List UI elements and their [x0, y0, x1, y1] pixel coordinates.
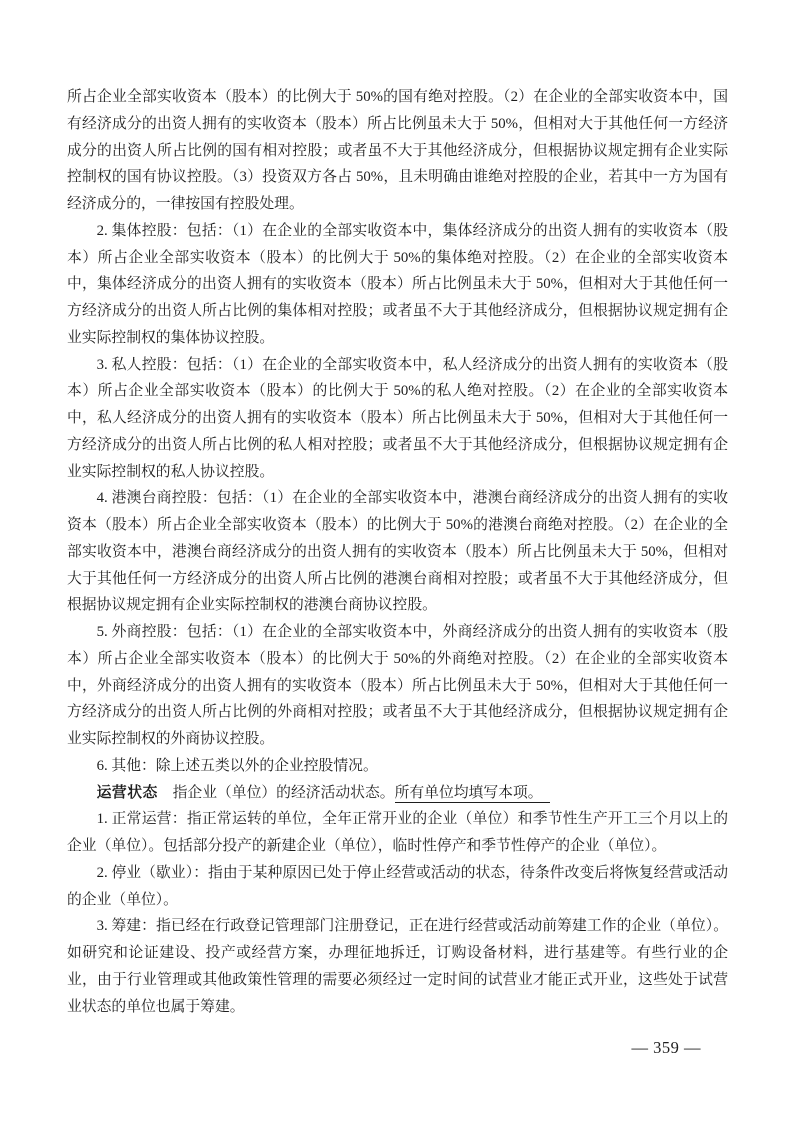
document-page: 所占企业全部实收资本（股本）的比例大于 50%的国有绝对控股。（2）在企业的全部… [0, 0, 793, 1122]
paragraph-hk-macao-taiwan-holding: 4. 港澳台商控股：包括：（1）在企业的全部实收资本中，港澳台商经济成分的出资人… [67, 485, 728, 619]
paragraph-operating-status: 运营状态 指企业（单位）的经济活动状态。所有单位均填写本项。 [67, 780, 728, 807]
text-block: 所占企业全部实收资本（股本）的比例大于 50%的国有绝对控股。（2）在企业的全部… [67, 84, 728, 1020]
paragraph-collective-holding: 2. 集体控股：包括：（1）在企业的全部实收资本中，集体经济成分的出资人拥有的实… [67, 218, 728, 352]
operating-status-mandatory-note: 所有单位均填写本项。 [395, 785, 550, 803]
page-footer: — 359 — [632, 1038, 702, 1058]
page-number: — 359 — [632, 1038, 702, 1057]
paragraph-under-construction: 3. 筹建：指已经在行政登记管理部门注册登记，正在进行经营或活动前筹建工作的企业… [67, 913, 728, 1020]
paragraph-suspended-operation: 2. 停业（歇业）：指由于某种原因已处于停止经营或活动的状态，待条件改变后将恢复… [67, 860, 728, 914]
paragraph-other-holding: 6. 其他：除上述五类以外的企业控股情况。 [67, 753, 728, 780]
operating-status-definition: 指企业（单位）的经济活动状态。 [158, 785, 395, 801]
operating-status-term: 运营状态 [97, 785, 158, 801]
paragraph-private-holding: 3. 私人控股：包括：（1）在企业的全部实收资本中，私人经济成分的出资人拥有的实… [67, 352, 728, 486]
paragraph-normal-operation: 1. 正常运营：指正常运转的单位，全年正常开业的企业（单位）和季节性生产开工三个… [67, 806, 728, 860]
paragraph-foreign-holding: 5. 外商控股：包括：（1）在企业的全部实收资本中，外商经济成分的出资人拥有的实… [67, 619, 728, 753]
paragraph-state-holding-continuation: 所占企业全部实收资本（股本）的比例大于 50%的国有绝对控股。（2）在企业的全部… [67, 84, 728, 218]
